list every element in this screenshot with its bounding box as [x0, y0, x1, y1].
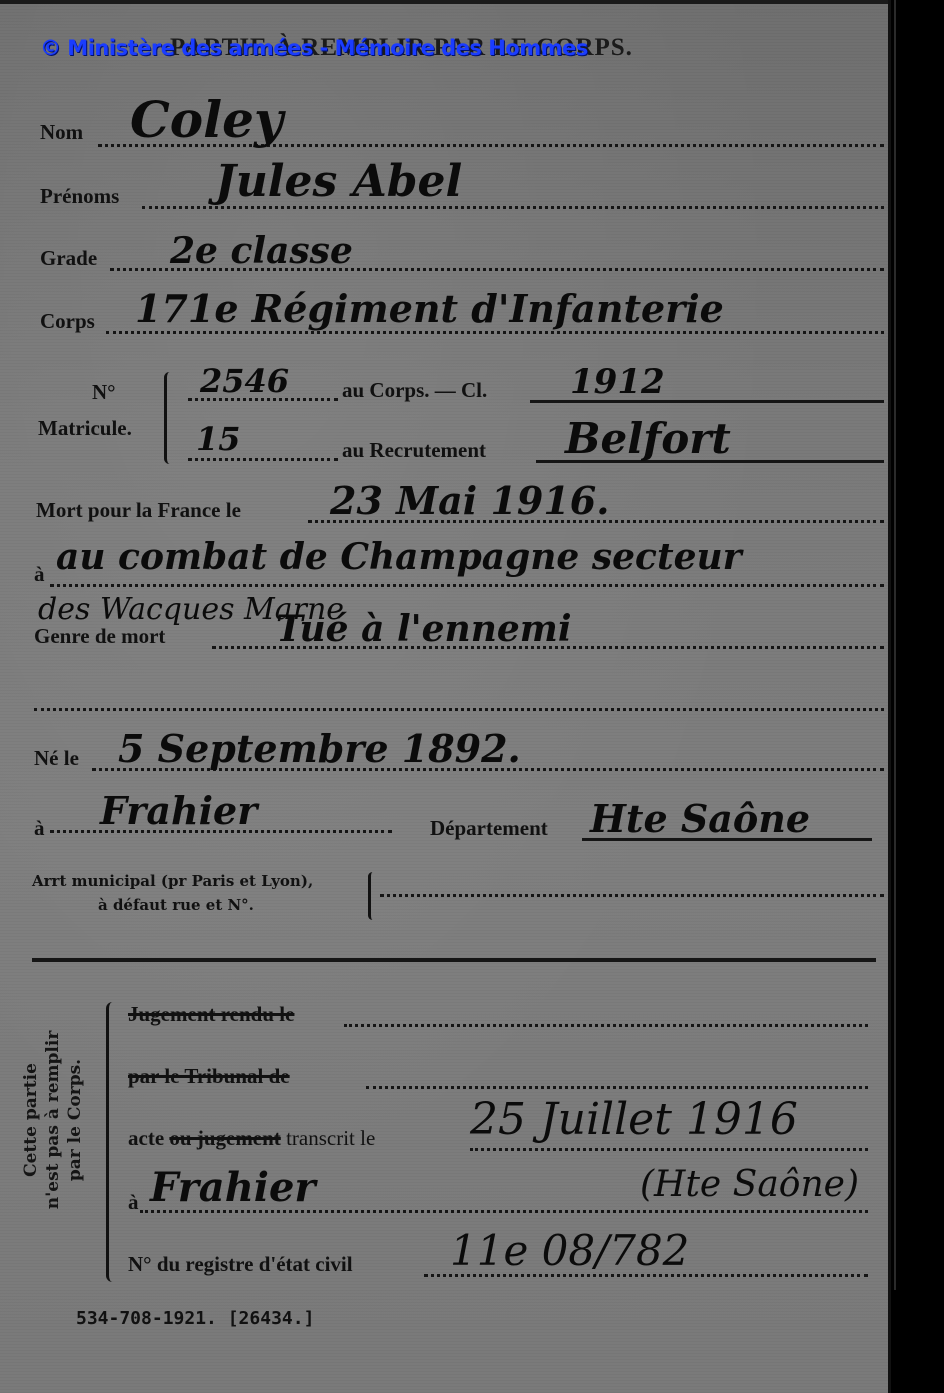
arrondissement-line [380, 894, 884, 897]
au-corps-classe-label: au Corps. — Cl. [342, 378, 487, 403]
acte-label-struck: ou jugement [169, 1126, 280, 1150]
acte-value: 25 Juillet 1916 [470, 1094, 798, 1145]
jugement-line [344, 1024, 868, 1027]
departement-value: Hte Saône [590, 796, 810, 841]
civil-section-side-note: Cette partie n'est pas à remplir par le … [20, 1020, 86, 1220]
registre-value: 11e 08/782 [450, 1226, 689, 1275]
corps-line [106, 331, 884, 334]
corps-label: Corps [40, 309, 95, 334]
tribunal-label: par le Tribunal de [128, 1064, 290, 1089]
lieu-naissance-value: Frahier [100, 788, 257, 833]
genre-mort-extra-line [34, 708, 884, 711]
naissance-value: 5 Septembre 1892. [118, 726, 521, 771]
nom-value: Coley [130, 90, 283, 149]
side-note-line3: par le Corps. [64, 1020, 86, 1220]
death-record-card: PARTIE À REMPLIR PAR LE CORPS. © Ministè… [0, 0, 891, 1393]
departement-label: Département [430, 816, 548, 841]
acte-label-prefix: acte [128, 1126, 164, 1150]
prenoms-label: Prénoms [40, 184, 119, 209]
genre-mort-value: Tué à l'ennemi [276, 608, 572, 650]
print-reference: 534-708-1921. [26434.] [76, 1308, 314, 1329]
matricule-brace [164, 372, 175, 464]
arrondissement-brace [368, 872, 377, 920]
section-divider [32, 958, 876, 962]
grade-label: Grade [40, 246, 97, 271]
civil-section-brace [106, 1002, 119, 1282]
lieu-mort-label: à [34, 562, 45, 587]
nom-label: Nom [40, 120, 83, 145]
acte-label: acte ou jugement transcrit le [128, 1126, 375, 1151]
side-note-line1: Cette partie [20, 1020, 42, 1220]
jugement-label: Jugement rendu le [128, 1002, 294, 1027]
matricule-label: Matricule. [38, 416, 132, 441]
acte-line [470, 1148, 868, 1151]
lieu-mort-line [50, 584, 884, 587]
classe-value: 1912 [570, 362, 665, 402]
arrondissement-label-line1: Arrt municipal (pr Paris et Lyon), [32, 872, 313, 890]
naissance-label: Né le [34, 746, 79, 771]
transcription-lieu-value: Frahier [150, 1164, 316, 1211]
corps-value: 171e Régiment d'Infanterie [135, 286, 724, 331]
mort-value: 23 Mai 1916. [330, 478, 609, 523]
matricule-corps-value: 2546 [200, 362, 289, 400]
matricule-no-label: N° [92, 380, 116, 405]
lieu-naissance-label: à [34, 816, 45, 841]
recrutement-number-value: 15 [196, 420, 241, 458]
prenoms-value: Jules Abel [215, 156, 462, 207]
recrutement-value: Belfort [565, 414, 731, 463]
recrutement-number-line [188, 458, 338, 461]
side-note-line2: n'est pas à remplir [42, 1020, 64, 1220]
acte-label-suffix: transcrit le [286, 1126, 375, 1150]
mort-label: Mort pour la France le [36, 498, 241, 523]
transcription-dept-value: (Hte Saône) [640, 1164, 859, 1205]
registre-label: N° du registre d'état civil [128, 1252, 353, 1277]
arrondissement-label-line2: à défaut rue et N°. [98, 896, 254, 914]
copyright-watermark: © Ministère des armées - Mémoire des Hom… [40, 36, 588, 60]
card-top-edge [0, 0, 888, 4]
au-recrutement-label: au Recrutement [342, 438, 486, 463]
transcription-lieu-label: à [128, 1190, 139, 1215]
lieu-mort-value-line1: au combat de Champagne secteur [56, 536, 742, 578]
grade-value: 2e classe [170, 230, 353, 272]
genre-mort-label: Genre de mort [34, 624, 165, 649]
tribunal-line [366, 1086, 868, 1089]
